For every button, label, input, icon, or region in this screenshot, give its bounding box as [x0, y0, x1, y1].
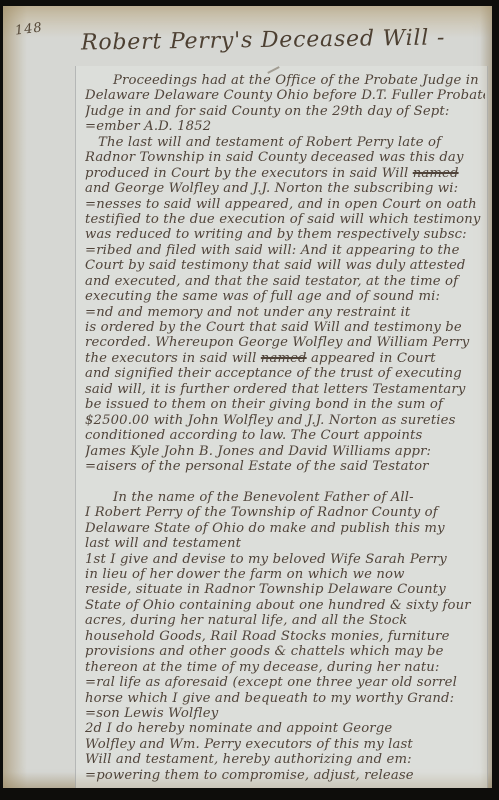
- handwritten-line: Court by said testimony that said will w…: [85, 258, 485, 273]
- handwritten-line: reside, situate in Radnor Township Delaw…: [85, 582, 485, 597]
- handwritten-line: State of Ohio containing about one hundr…: [85, 598, 485, 613]
- handwritten-line: =nesses to said will appeared, and in op…: [85, 197, 485, 212]
- handwritten-line: =nd and memory and not under any restrai…: [85, 305, 485, 320]
- line-text: =ribed and filed with said will: And it …: [85, 243, 460, 258]
- line-text: =nd and memory and not under any restrai…: [85, 305, 410, 320]
- line-text: Wolfley and Wm. Perry executors of this …: [85, 737, 413, 752]
- handwritten-line: =son Lewis Wolfley: [85, 706, 485, 721]
- handwritten-line: =ral life as aforesaid (except one three…: [85, 675, 485, 690]
- struck-word: named: [261, 351, 307, 366]
- handwritten-line: Radnor Township in said County deceased …: [85, 150, 485, 165]
- document-title: Robert Perry's Deceased Will -: [81, 25, 445, 55]
- line-text: and George Wolfley and J.J. Norton the s…: [85, 181, 458, 196]
- line-text: horse which I give and bequeath to my wo…: [85, 691, 454, 706]
- handwritten-line: Proceedings had at the Office of the Pro…: [85, 73, 485, 88]
- handwritten-line: horse which I give and bequeath to my wo…: [85, 691, 485, 706]
- line-text: is ordered by the Court that said Will a…: [85, 320, 462, 335]
- line-text: acres, during her natural life, and all …: [85, 613, 407, 628]
- handwritten-line: produced in Court by the executors in sa…: [85, 166, 485, 181]
- handwritten-line: said will, it is further ordered that le…: [85, 382, 485, 397]
- line-text: James Kyle John B. Jones and David Willi…: [85, 444, 431, 459]
- line-text: Proceedings had at the Office of the Pro…: [113, 73, 479, 88]
- handwritten-line: =ember A.D. 1852: [85, 119, 485, 134]
- handwritten-line: be issued to them on their giving bond i…: [85, 397, 485, 412]
- line-text: last will and testament: [85, 536, 241, 551]
- line-text: produced in Court by the executors in sa…: [85, 166, 413, 181]
- line-text: was reduced to writing and by them respe…: [85, 227, 467, 242]
- line-text: =nesses to said will appeared, and in op…: [85, 197, 477, 212]
- line-text: reside, situate in Radnor Township Delaw…: [85, 582, 446, 597]
- handwritten-line: was reduced to writing and by them respe…: [85, 227, 485, 242]
- handwritten-line: $2500.00 with John Wolfley and J.J. Nort…: [85, 413, 485, 428]
- handwritten-line: last will and testament: [85, 536, 485, 551]
- handwritten-line: thereon at the time of my decease, durin…: [85, 660, 485, 675]
- line-text: $2500.00 with John Wolfley and J.J. Nort…: [85, 413, 456, 428]
- line-text: the executors in said will: [85, 351, 261, 366]
- handwritten-line: The last will and testament of Robert Pe…: [85, 135, 485, 150]
- line-text: 2d I do hereby nominate and appoint Geor…: [85, 721, 392, 736]
- handwritten-line: acres, during her natural life, and all …: [85, 613, 485, 628]
- line-text: Court by said testimony that said will w…: [85, 258, 466, 273]
- handwritten-line: =powering them to compromise, adjust, re…: [85, 768, 485, 783]
- handwritten-line: Will and testament, hereby authorizing a…: [85, 752, 485, 767]
- handwritten-line: =aisers of the personal Estate of the sa…: [85, 459, 485, 474]
- page-number: 148: [14, 20, 43, 38]
- handwritten-line: and signified their acceptance of the tr…: [85, 366, 485, 381]
- handwritten-line: In the name of the Benevolent Father of …: [85, 490, 485, 505]
- line-text: said will, it is further ordered that le…: [85, 382, 465, 397]
- line-text: Radnor Township in said County deceased …: [85, 150, 464, 165]
- text-block: Proceedings had at the Office of the Pro…: [75, 66, 488, 788]
- line-text: =ember A.D. 1852: [85, 119, 211, 134]
- line-text: Will and testament, hereby authorizing a…: [85, 752, 412, 767]
- handwritten-line: recorded. Whereupon George Wolfley and W…: [85, 335, 485, 350]
- line-text: =ral life as aforesaid (except one three…: [85, 675, 457, 690]
- line-text: recorded. Whereupon George Wolfley and W…: [85, 335, 469, 350]
- handwritten-line: household Goods, Rail Road Stocks monies…: [85, 629, 485, 644]
- handwritten-line: testified to the due execution of said w…: [85, 212, 485, 227]
- line-text: executing the same was of full age and o…: [85, 289, 440, 304]
- handwritten-line: Wolfley and Wm. Perry executors of this …: [85, 737, 485, 752]
- handwritten-line: James Kyle John B. Jones and David Willi…: [85, 444, 485, 459]
- handwritten-line: 1st I give and devise to my beloved Wife…: [85, 552, 485, 567]
- line-text: conditioned according to law. The Court …: [85, 428, 422, 443]
- line-text: =aisers of the personal Estate of the sa…: [85, 459, 429, 474]
- line-text: State of Ohio containing about one hundr…: [85, 598, 471, 613]
- handwritten-line: in lieu of her dower the farm on which w…: [85, 567, 485, 582]
- handwritten-line: the executors in said will named appeare…: [85, 351, 485, 366]
- line-text: Judge in and for said County on the 29th…: [85, 104, 449, 119]
- scanned-page: 148 Robert Perry's Deceased Will - Proce…: [3, 6, 492, 788]
- line-text: in lieu of her dower the farm on which w…: [85, 567, 405, 582]
- line-text: and signified their acceptance of the tr…: [85, 366, 462, 381]
- handwritten-line: 2d I do hereby nominate and appoint Geor…: [85, 721, 485, 736]
- handwritten-line: Judge in and for said County on the 29th…: [85, 104, 485, 119]
- line-text-after-strike: appeared in Court: [307, 351, 436, 366]
- handwritten-line: and executed, and that the said testator…: [85, 274, 485, 289]
- line-text: household Goods, Rail Road Stocks monies…: [85, 629, 450, 644]
- line-text: testified to the due execution of said w…: [85, 212, 480, 227]
- line-text: and executed, and that the said testator…: [85, 274, 458, 289]
- struck-word: named: [413, 166, 459, 181]
- line-text: 1st I give and devise to my beloved Wife…: [85, 552, 447, 567]
- line-text: In the name of the Benevolent Father of …: [113, 490, 414, 505]
- line-text: Delaware State of Ohio do make and publi…: [85, 521, 445, 536]
- handwritten-line: provisions and other goods & chattels wh…: [85, 644, 485, 659]
- handwritten-line: Delaware Delaware County Ohio before D.T…: [85, 88, 485, 103]
- handwritten-line: =ribed and filed with said will: And it …: [85, 243, 485, 258]
- line-text: =powering them to compromise, adjust, re…: [85, 768, 414, 783]
- handwritten-line: and George Wolfley and J.J. Norton the s…: [85, 181, 485, 196]
- line-text: The last will and testament of Robert Pe…: [98, 135, 441, 150]
- line-text: thereon at the time of my decease, durin…: [85, 660, 440, 675]
- line-text: provisions and other goods & chattels wh…: [85, 644, 444, 659]
- handwritten-line: conditioned according to law. The Court …: [85, 428, 485, 443]
- handwritten-line: is ordered by the Court that said Will a…: [85, 320, 485, 335]
- line-text: =son Lewis Wolfley: [85, 706, 218, 721]
- handwritten-line: Delaware State of Ohio do make and publi…: [85, 521, 485, 536]
- line-text: be issued to them on their giving bond i…: [85, 397, 443, 412]
- handwritten-line: executing the same was of full age and o…: [85, 289, 485, 304]
- handwritten-line: [85, 474, 485, 489]
- line-text: Delaware Delaware County Ohio before D.T…: [85, 88, 485, 103]
- document-lines: Proceedings had at the Office of the Pro…: [85, 73, 485, 783]
- handwritten-line: I Robert Perry of the Township of Radnor…: [85, 505, 485, 520]
- line-text: I Robert Perry of the Township of Radnor…: [85, 505, 438, 520]
